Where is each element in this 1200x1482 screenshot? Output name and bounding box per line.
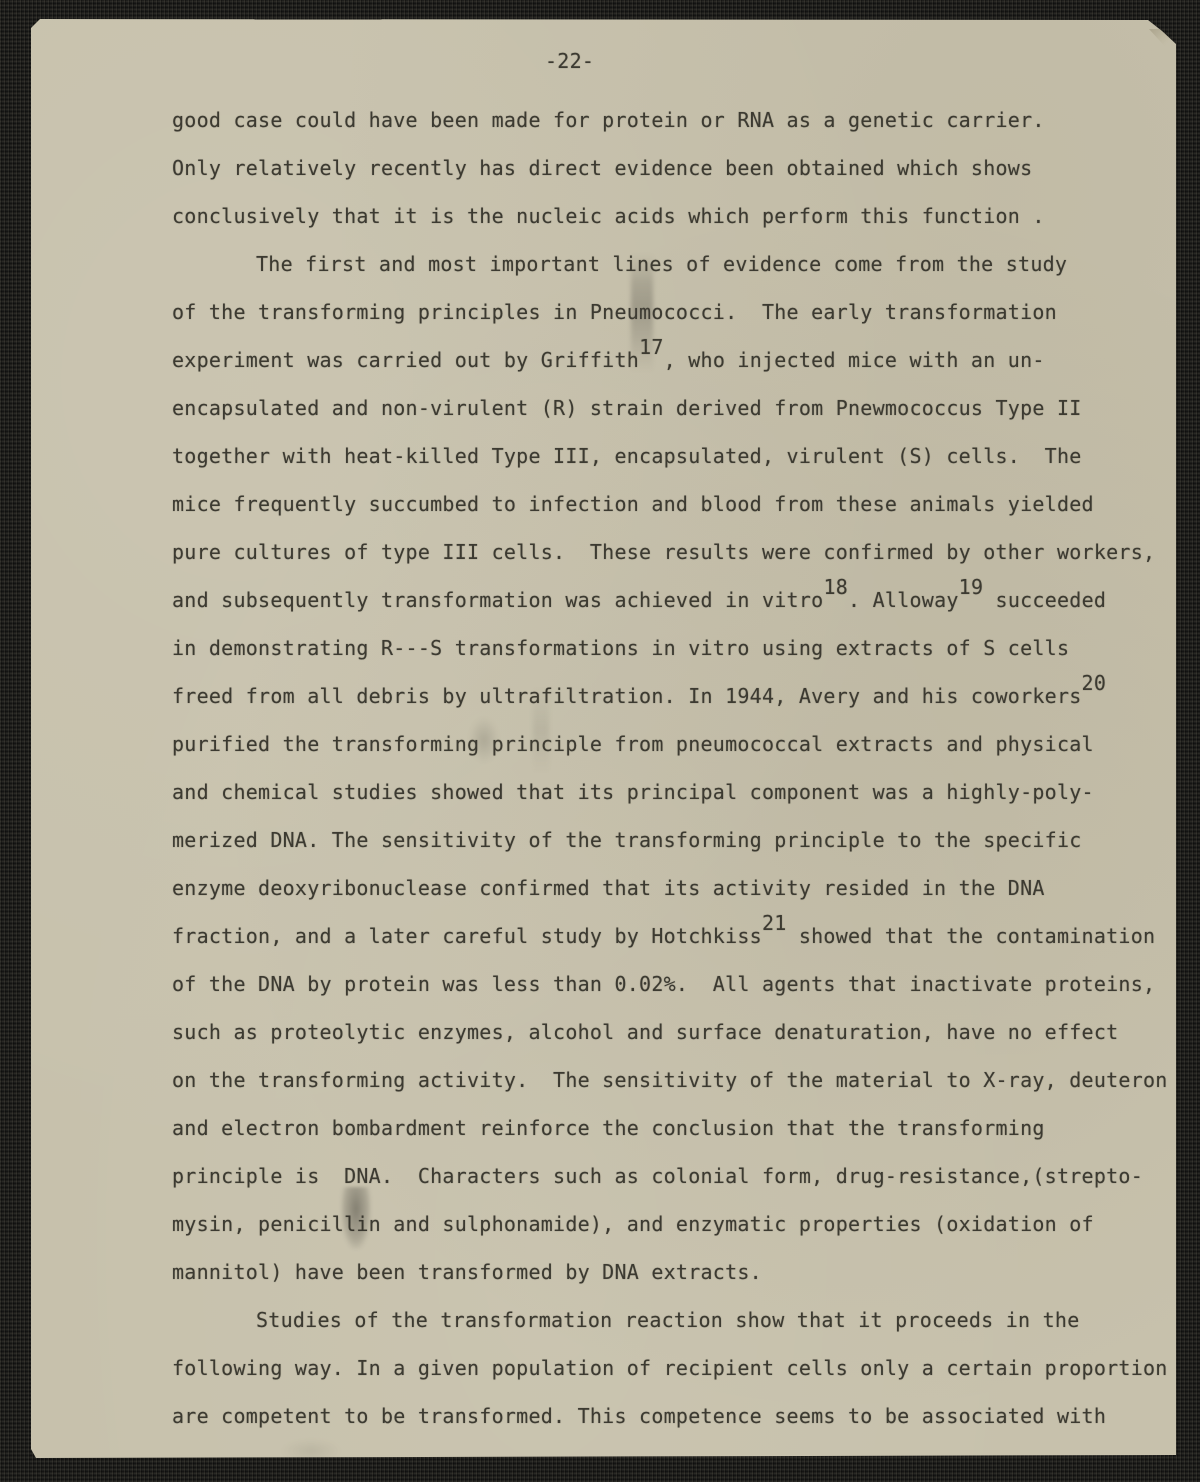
text-line: mysin, penicillin and sulphonamide), and… <box>172 1200 1184 1248</box>
text-line: are competent to be transformed. This co… <box>172 1392 1184 1440</box>
text-line: purified the transforming principle from… <box>172 720 1184 768</box>
text-line: freed from all debris by ultrafiltration… <box>172 672 1184 720</box>
text-line: fraction, and a later careful study by H… <box>172 912 1184 960</box>
text-line: in demonstrating R---S transformations i… <box>172 624 1184 672</box>
text-line: The first and most important lines of ev… <box>172 240 1184 288</box>
footnote-reference: 21 <box>762 911 787 935</box>
page-number: -22- <box>545 49 594 73</box>
text-line: together with heat-killed Type III, enca… <box>172 432 1184 480</box>
text-line: Only relatively recently has direct evid… <box>172 144 1184 192</box>
text-line: principle is DNA. Characters such as col… <box>172 1152 1184 1200</box>
text-line: enzyme deoxyribonuclease confirmed that … <box>172 864 1184 912</box>
text-line: of the DNA by protein was less than 0.02… <box>172 960 1184 1008</box>
footnote-reference: 19 <box>959 575 984 599</box>
text-line: and electron bombardment reinforce the c… <box>172 1104 1184 1152</box>
text-line: of the transforming principles in Pneumo… <box>172 288 1184 336</box>
text-line: such as proteolytic enzymes, alcohol and… <box>172 1008 1184 1056</box>
ink-smudge <box>281 1439 341 1463</box>
document-page: -22- good case could have been made for … <box>31 19 1176 1458</box>
text-line: experiment was carried out by Griffith17… <box>172 336 1184 384</box>
footnote-reference: 18 <box>823 575 848 599</box>
page-text: good case could have been made for prote… <box>172 96 1184 1440</box>
text-line: pure cultures of type III cells. These r… <box>172 528 1184 576</box>
footnote-reference: 20 <box>1082 671 1107 695</box>
text-line: good case could have been made for prote… <box>172 96 1184 144</box>
text-line: mice frequently succumbed to infection a… <box>172 480 1184 528</box>
text-line: Studies of the transformation reaction s… <box>172 1296 1184 1344</box>
text-line: mannitol) have been transformed by DNA e… <box>172 1248 1184 1296</box>
text-line: encapsulated and non-virulent (R) strain… <box>172 384 1184 432</box>
scan-background: -22- good case could have been made for … <box>0 0 1200 1482</box>
text-line: and subsequently transformation was achi… <box>172 576 1184 624</box>
footnote-reference: 17 <box>639 335 664 359</box>
text-line: on the transforming activity. The sensit… <box>172 1056 1184 1104</box>
text-line: and chemical studies showed that its pri… <box>172 768 1184 816</box>
text-line: conclusively that it is the nucleic acid… <box>172 192 1184 240</box>
text-line: merized DNA. The sensitivity of the tran… <box>172 816 1184 864</box>
paper-corner-cut <box>1149 29 1171 53</box>
text-line: following way. In a given population of … <box>172 1344 1184 1392</box>
